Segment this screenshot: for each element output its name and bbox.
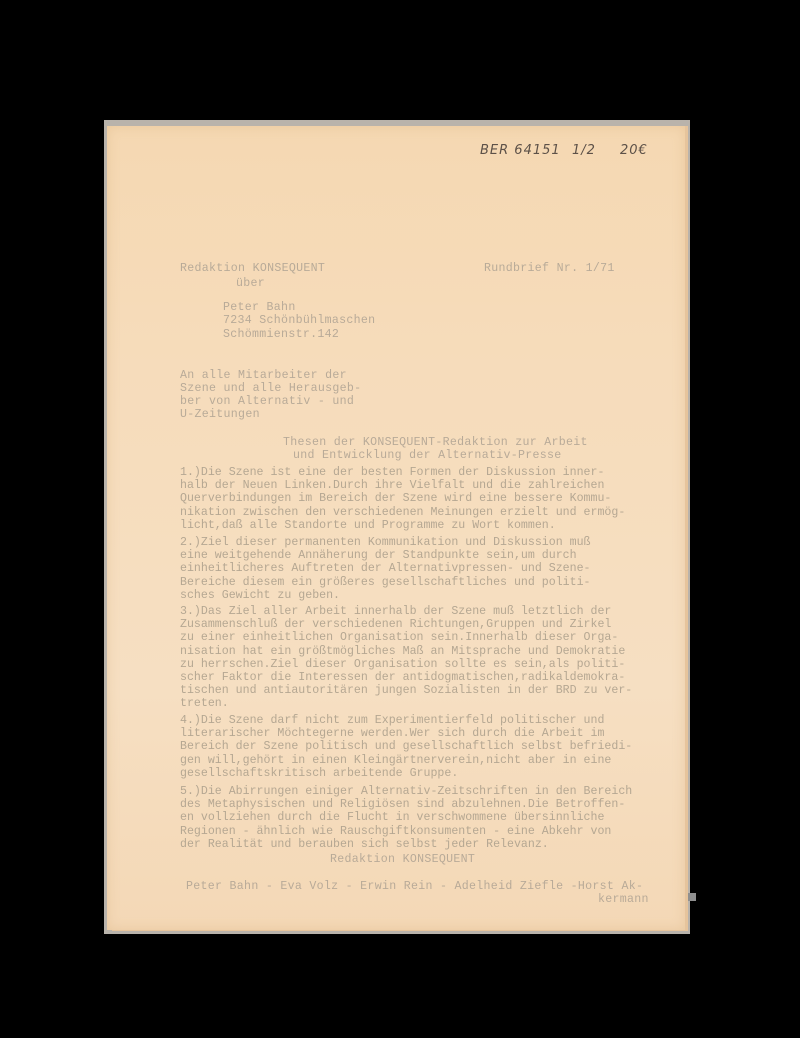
signature-org: Redaktion KONSEQUENT [330,853,475,867]
thesis-line: 4.)Die Szene darf nicht zum Experimentie… [180,714,650,727]
page-annotation: 1/2 [572,143,596,158]
thesis-line: treten. [180,697,650,710]
thesis-line: 3.)Das Ziel aller Arbeit innerhalb der S… [180,605,650,618]
recipient-line: An alle Mitarbeiter der [180,369,347,383]
thesis-line: nisation hat ein größtmögliches Maß an M… [180,645,650,658]
circular-number: Rundbrief Nr. 1/71 [484,262,615,276]
sender-via: über [236,277,265,291]
catalog-annotation: BER 64151 [480,143,561,158]
thesis-line: 2.)Ziel dieser permanenten Kommunikation… [180,536,650,549]
thesis-line: 1.)Die Szene ist eine der besten Formen … [180,466,650,479]
recipient-line: ber von Alternativ - und [180,395,354,409]
thesis-line: eine weitgehende Annäherung der Standpun… [180,549,650,562]
thesis-line: Regionen - ähnlich wie Rauschgiftkonsume… [180,825,650,838]
thesis-line: Bereiche diesem ein größeres gesellschaf… [180,576,650,589]
thesis-line: gesellschaftskritisch arbeitende Gruppe. [180,767,650,780]
signature-names: Peter Bahn - Eva Volz - Erwin Rein - Ade… [186,880,643,894]
scan-edge-marker [688,893,696,901]
address-street: Schömmienstr.142 [223,328,339,342]
thesis-line: Zusammenschluß der verschiedenen Richtun… [180,618,650,631]
price-annotation: 20€ [620,143,648,158]
thesis-line: einheitlicheres Auftreten der Alternativ… [180,562,650,575]
thesis-line: 5.)Die Abirrungen einiger Alternativ-Zei… [180,785,650,798]
thesis-line: licht,daß alle Standorte und Programme z… [180,519,650,532]
thesis-3: 3.)Das Ziel aller Arbeit innerhalb der S… [180,605,650,711]
thesis-line: zu einer einheitlichen Organisation sein… [180,631,650,644]
thesis-line: sches Gewicht zu geben. [180,589,650,602]
address-city: 7234 Schönbühlmaschen [223,314,375,328]
signature-names-cont: kermann [598,893,649,907]
thesis-line: gen will,gehört in einen Kleingärtnerver… [180,754,650,767]
thesis-line: scher Faktor die Interessen der antidogm… [180,671,650,684]
recipient-line: Szene und alle Herausgeb- [180,382,361,396]
thesis-line: nikation zwischen den verschiedenen Mein… [180,506,650,519]
thesis-5: 5.)Die Abirrungen einiger Alternativ-Zei… [180,785,650,851]
recipient-line: U-Zeitungen [180,408,260,422]
thesis-line: der Realität und berauben sich selbst je… [180,838,650,851]
thesis-line: halb der Neuen Linken.Durch ihre Vielfal… [180,479,650,492]
address-name: Peter Bahn [223,301,296,315]
document-title-line: und Entwicklung der Alternativ-Presse [293,449,562,463]
thesis-line: literarischer Möchtegerne werden.Wer sic… [180,727,650,740]
thesis-4: 4.)Die Szene darf nicht zum Experimentie… [180,714,650,780]
thesis-line: en vollziehen durch die Flucht in versch… [180,811,650,824]
thesis-line: zu herrschen.Ziel dieser Organisation so… [180,658,650,671]
thesis-line: Bereich der Szene politisch und gesellsc… [180,740,650,753]
thesis-1: 1.)Die Szene ist eine der besten Formen … [180,466,650,532]
thesis-line: tischen und antiautoritären jungen Sozia… [180,684,650,697]
thesis-line: des Metaphysischen und Religiösen sind a… [180,798,650,811]
thesis-line: Querverbindungen im Bereich der Szene wi… [180,492,650,505]
thesis-2: 2.)Ziel dieser permanenten Kommunikation… [180,536,650,602]
sender-line: Redaktion KONSEQUENT [180,262,325,276]
document-title-line: Thesen der KONSEQUENT-Redaktion zur Arbe… [283,436,588,450]
